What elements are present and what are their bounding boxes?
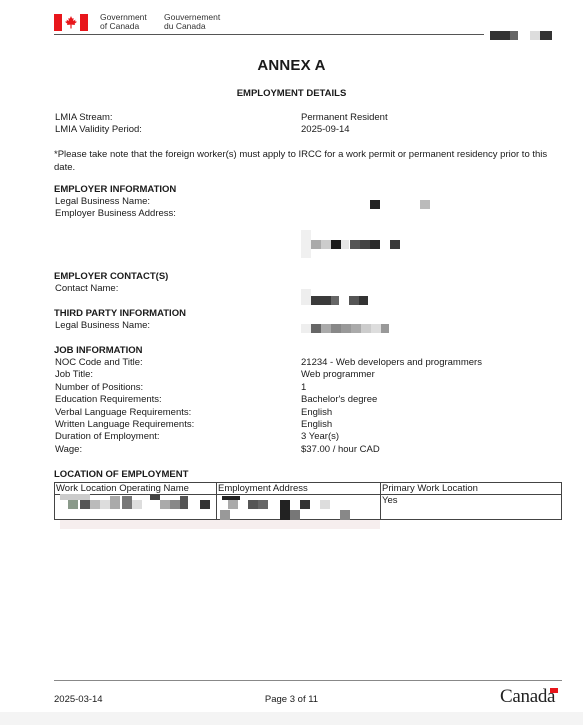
job-field-value: 3 Year(s) [301,431,339,443]
lmia-validity-label: LMIA Validity Period: [55,124,142,136]
footer-divider [54,680,562,681]
wordmark-flag-icon [550,688,558,693]
lmia-validity-value: 2025-09-14 [301,124,350,136]
job-information-heading: JOB INFORMATION [54,345,143,357]
job-field-label: Verbal Language Requirements: [55,407,191,419]
ircc-note: *Please take note that the foreign worke… [54,149,564,174]
job-field-label: Wage: [55,444,82,456]
header-divider [54,34,484,35]
job-field-label: Number of Positions: [55,382,143,394]
page-bottom-edge [0,712,583,725]
canada-wordmark: Canada [500,686,555,708]
job-field-value: English [301,419,332,431]
redacted-header-reference-2 [530,31,560,40]
column-header-address: Employment Address [217,483,381,495]
column-header-operating-name: Work Location Operating Name [55,483,217,495]
employer-address-label: Employer Business Address: [55,208,176,220]
job-field-value: English [301,407,332,419]
column-header-primary-location: Primary Work Location [381,483,562,495]
lmia-stream-value: Permanent Resident [301,112,388,124]
third-party-heading: THIRD PARTY INFORMATION [54,308,186,320]
location-of-employment-heading: LOCATION OF EMPLOYMENT [54,469,188,481]
gouvernement-du-canada-text: Gouvernement du Canada [164,13,220,31]
cell-primary-location: Yes [381,495,562,520]
job-field-value: Web programmer [301,369,375,381]
employer-contacts-heading: EMPLOYER CONTACT(S) [54,271,168,283]
employer-information-heading: EMPLOYER INFORMATION [54,184,176,196]
job-field-label: Duration of Employment: [55,431,160,443]
employer-legal-name-label: Legal Business Name: [55,196,150,208]
contact-name-label: Contact Name: [55,283,118,295]
lmia-stream-label: LMIA Stream: [55,112,113,124]
job-field-label: Written Language Requirements: [55,419,194,431]
third-party-legal-name-label: Legal Business Name: [55,320,150,332]
job-field-label: Job Title: [55,369,93,381]
job-field-label: NOC Code and Title: [55,357,143,369]
government-header: Government of Canada Gouvernement du Can… [54,13,562,35]
job-field-value: 1 [301,382,306,394]
page-subtitle: EMPLOYMENT DETAILS [0,88,583,99]
job-field-label: Education Requirements: [55,394,162,406]
job-field-value: $37.00 / hour CAD [301,444,380,456]
job-field-value: 21234 - Web developers and programmers [301,357,482,369]
redacted-header-reference [490,31,520,40]
government-of-canada-text: Government of Canada [100,13,147,31]
canada-flag-icon [54,14,88,31]
job-field-value: Bachelor's degree [301,394,377,406]
page-title: ANNEX A [0,57,583,74]
page-number: Page 3 of 11 [0,694,583,705]
location-table-header: Work Location Operating Name Employment … [55,483,562,495]
